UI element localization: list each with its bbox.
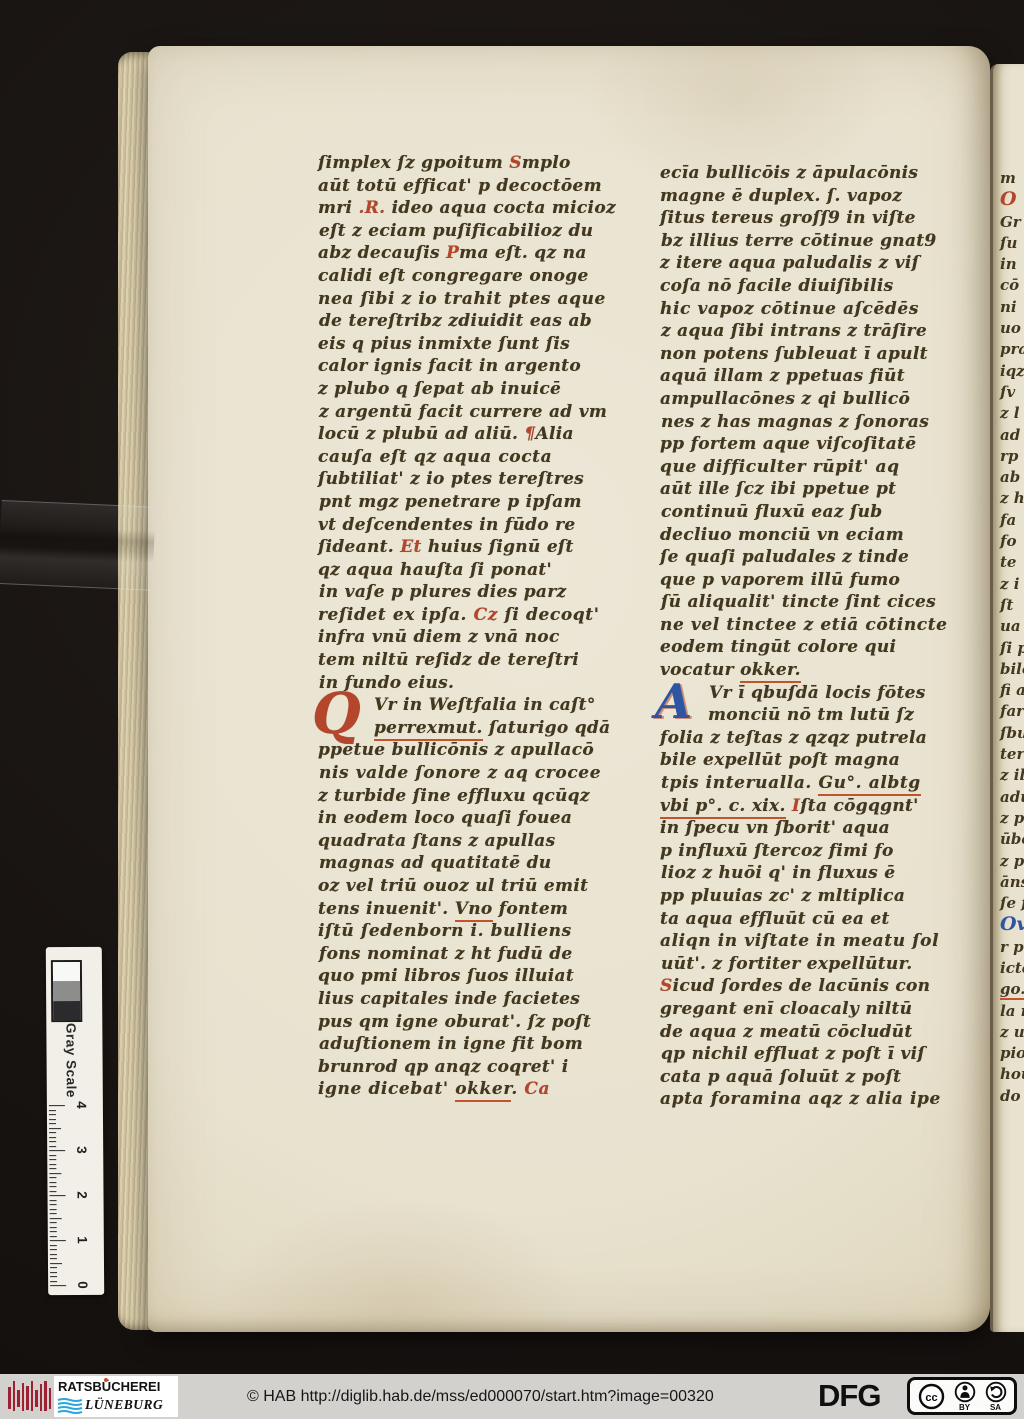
- manuscript-line: bz illius terre cōtinue gnat9: [661, 230, 986, 253]
- edge-fragment: ni: [1000, 297, 1024, 318]
- manuscript-line: qp nichil effluat z poſt ī viſ: [661, 1043, 986, 1066]
- manuscript-line: gregant enī cloacaly niltū: [660, 998, 985, 1021]
- manuscript-line: vt deſcendentes in fūdo re: [318, 514, 648, 537]
- edge-fragment: bilo: [1000, 659, 1024, 680]
- swatch-gray: [53, 981, 80, 1001]
- svg-text:cc: cc: [925, 1392, 937, 1404]
- edge-fragment: ſi pa: [1000, 638, 1024, 659]
- digitized-manuscript-photo: ſimplex ſz gpoitum Smploaūt totū efficat…: [0, 0, 1024, 1419]
- manuscript-line: ecīa bullicōis z āpulacōnis: [660, 162, 985, 185]
- manuscript-line: calor ignis facit in argento: [318, 355, 648, 378]
- manuscript-line: vbi p°. c. xix. Iſta cōgqgnt': [660, 795, 985, 818]
- manuscript-line: uūt'. z fortiter expellūtur.: [661, 953, 986, 976]
- manuscript-line: monciū nō tm lutū ſz: [660, 704, 985, 727]
- ruler-tick: [50, 1285, 66, 1287]
- edge-fragment: pious: [1000, 1043, 1024, 1064]
- manuscript-line: cauſa eſt qz aqua cocta: [318, 446, 648, 469]
- edge-fragment: z i: [1000, 574, 1024, 595]
- gray-scale-swatches: [51, 960, 82, 1022]
- ruler-number: 0: [72, 1276, 90, 1294]
- library-bars-icon: [8, 1380, 52, 1413]
- edge-fragment: la nō: [1000, 1001, 1024, 1022]
- ruler-tick: [50, 1254, 57, 1255]
- manuscript-line: mri .R. ideo aqua cocta micioz: [318, 197, 648, 220]
- manuscript-line: abz decauſis Pma eſt. qz na: [318, 242, 648, 265]
- footer-bar: RATSBÜCHEREI LÜNEBURG © HAB http://digli…: [0, 1374, 1024, 1419]
- image-credit-url: © HAB http://diglib.hab.de/mss/ed000070/…: [247, 1374, 714, 1419]
- manuscript-line: tens inuenit'. Vno fontem: [318, 898, 648, 921]
- manuscript-line: non potens ſubleuat ī apult: [660, 343, 985, 366]
- manuscript-line: bile expellūt poſt magna: [660, 749, 985, 772]
- manuscript-line: nes z has magnas z ſonoras: [661, 411, 986, 434]
- ruler-tick: [50, 1204, 57, 1205]
- manuscript-line: aūt totū efficat' p decoctōem: [318, 175, 648, 198]
- manuscript-line: in fundo eius.: [319, 672, 649, 695]
- edge-fragment: icte p: [1000, 958, 1024, 979]
- manuscript-line: qz aqua hauſta ſi ponat': [318, 559, 648, 582]
- edge-fragment: farit: [1000, 701, 1024, 722]
- cc-sa-icon: SA: [985, 1381, 1007, 1412]
- manuscript-line: coſa nō facile diuiſibilis: [660, 275, 985, 298]
- library-city: LÜNEBURG: [85, 1397, 163, 1413]
- manuscript-line: calidi eſt congregare onoge: [318, 265, 648, 288]
- manuscript-line: in ſpecu vn ſborit' aqua: [660, 817, 985, 840]
- manuscript-line: aliqn in viſtate in meatu ſol: [660, 930, 985, 953]
- text-column-left: ſimplex ſz gpoitum Smploaūt totū efficat…: [318, 152, 648, 1101]
- manuscript-line: lioz z huōi q' in fluxus ē: [661, 862, 986, 885]
- ruler-tick: [50, 1272, 57, 1273]
- dfg-logo: DFG: [818, 1378, 880, 1414]
- manuscript-line: tpis interualla. Gu°. albtg: [661, 772, 986, 795]
- manuscript-line: apta foramina aqz z alia ipe: [660, 1088, 985, 1111]
- manuscript-line: quadrata ſtans z apullas: [318, 830, 648, 853]
- manuscript-line: ſideant. Et huius ſignū eſt: [318, 536, 648, 559]
- edge-fragment: pra: [1000, 339, 1024, 360]
- ruler-tick: [49, 1110, 56, 1111]
- manuscript-line: in eodem loco quaſi fouea: [318, 807, 648, 830]
- manuscript-line: reſidet ex ipſa. Cz ſi decoqt': [318, 604, 648, 627]
- ruler-tick: [50, 1200, 57, 1201]
- ruler-tick: [49, 1128, 61, 1129]
- ruler-tick: [50, 1258, 57, 1259]
- manuscript-line: ſū aliqualit' tincte ſint cices: [661, 591, 986, 614]
- cc-by-icon: BY: [954, 1381, 976, 1412]
- edge-fragment: go. de: [1000, 979, 1024, 1000]
- edge-fragment: z l: [1000, 403, 1024, 424]
- manuscript-line: cata p aquā ſoluūt z poſt: [660, 1066, 985, 1089]
- manuscript-line: igne dicebat' okker. Ca: [318, 1078, 648, 1101]
- manuscript-line: que difficulter rūpit' aq: [660, 456, 985, 479]
- next-page-text-fragments: mOGrſuincōniuopraiqzſvz ladrpabz hfafote…: [1000, 168, 1024, 1107]
- ruler-tick: [49, 1146, 56, 1147]
- ruler-number: 4: [71, 1096, 89, 1114]
- ruler-tick: [50, 1218, 62, 1219]
- manuscript-line: ſimplex ſz gpoitum Smplo: [318, 152, 648, 175]
- edge-fragment: z pōn: [1000, 808, 1024, 829]
- edge-fragment: z pōn: [1000, 851, 1024, 872]
- manuscript-line: nis valde ſonore z aq crocee: [319, 762, 649, 785]
- ruler-tick: [49, 1150, 65, 1152]
- manuscript-line: ne vel tinctee z etiā cōtincte: [660, 614, 985, 637]
- library-name: RATSBÜCHEREI: [58, 1379, 160, 1394]
- manuscript-line: p influxū ſtercoz fimi fo: [660, 840, 985, 863]
- manuscript-line: magnas ad quatitatē du: [319, 852, 649, 875]
- manuscript-line: aūt ille ſcz ibi ppetue pt: [660, 478, 985, 501]
- manuscript-line: locū z plubū ad aliū. ¶Alia: [318, 423, 648, 446]
- manuscript-line: oz vel triū ouoz ul triū emit: [318, 875, 648, 898]
- manuscript-line: eſt z eciam puſificabilioz du: [319, 220, 649, 243]
- manuscript-line: z itere aqua paludalis z viſ: [660, 252, 985, 275]
- edge-fragment: in: [1000, 254, 1024, 275]
- manuscript-line: QVr in Weſtfalia in caſt°: [318, 694, 648, 717]
- ruler-tick: [49, 1173, 61, 1174]
- manuscript-line: de aqua z meatū cōcludūt: [660, 1021, 985, 1044]
- edge-fragment: āns ā: [1000, 872, 1024, 893]
- edge-fragment: ab: [1000, 467, 1024, 488]
- edge-fragment: terre: [1000, 744, 1024, 765]
- manuscript-line: decliuo monciū vn eciam: [660, 524, 985, 547]
- manuscript-line: aquā illam z ppetuas fiūt: [660, 365, 985, 388]
- edge-fragment: z illa: [1000, 765, 1024, 786]
- manuscript-line: z argentū facit currere ad vm: [319, 401, 649, 424]
- ruler-tick: [49, 1132, 56, 1133]
- ruler-tick: [49, 1164, 56, 1165]
- ruler-tick: [49, 1114, 56, 1115]
- edge-fragment: ua: [1000, 616, 1024, 637]
- ruler-tick: [50, 1195, 66, 1197]
- red-umlaut-dot: [104, 1378, 108, 1382]
- ruler-tick: [49, 1177, 56, 1178]
- manuscript-line: eodem tingūt colore qui: [660, 636, 985, 659]
- ruler-tick: [50, 1227, 57, 1228]
- edge-fragment: z h: [1000, 488, 1024, 509]
- edge-fragment: te: [1000, 552, 1024, 573]
- manuscript-line: ſubtiliat' z io ptes tereſtres: [318, 468, 648, 491]
- cc-sa-label: SA: [990, 1404, 1001, 1412]
- edge-fragment: r pūb: [1000, 937, 1024, 958]
- swatch-black: [53, 1001, 80, 1021]
- ruler-tick: [49, 1168, 56, 1169]
- ruler-tick: [50, 1249, 57, 1250]
- manuscript-line: pnt mgz penetrare p ipſam: [319, 491, 649, 514]
- gray-scale-ruler: Gray Scale 43210: [46, 947, 104, 1295]
- edge-fragment: O: [1000, 189, 1024, 211]
- edge-fragment: ad: [1000, 425, 1024, 446]
- ruler-tick: [50, 1276, 57, 1277]
- edge-fragment: fa: [1000, 510, 1024, 531]
- manuscript-line: nea ſibi z io trahit ptes aque: [318, 288, 648, 311]
- ruler-tick: [49, 1159, 56, 1160]
- manuscript-line: fons nominat z ht fudū de: [319, 943, 649, 966]
- manuscript-line: perrexmut. ſaturigo qdā: [318, 717, 648, 740]
- edge-fragment: z uāl: [1000, 1022, 1024, 1043]
- manuscript-line: z aqua ſibi intrans z trāſire: [661, 320, 986, 343]
- manuscript-line: pp fortem aque viſcoſitatē: [660, 433, 985, 456]
- manuscript-line: brunrod qp anqz coqret' i: [318, 1056, 648, 1079]
- manuscript-line: aduſtionem in igne fit bom: [319, 1033, 649, 1056]
- ruler-tick: [49, 1155, 56, 1156]
- manuscript-line: ſitus tereus groſſ9 in viſte: [660, 207, 985, 230]
- ruler-tick: [50, 1281, 57, 1282]
- manuscript-line: magne ē duplex. ſ. vapoz: [660, 185, 985, 208]
- manuscript-line: ſe quaſi paludales z tinde: [660, 546, 985, 569]
- ruler-tick: [50, 1263, 62, 1264]
- manuscript-line: lius capitales inde facietes: [318, 988, 648, 1011]
- edge-fragment: Gr: [1000, 212, 1024, 233]
- edge-fragment: ſu: [1000, 233, 1024, 254]
- ruler-tick: [50, 1245, 57, 1246]
- ruler-number: 1: [72, 1231, 90, 1249]
- manuscript-line: quo pmi libros ſuos illuiat: [318, 965, 648, 988]
- manuscript-line: ampullacōnes z qi bullicō: [660, 388, 985, 411]
- text-column-right: ecīa bullicōis z āpulacōnismagne ē duple…: [660, 162, 985, 1111]
- ruler-tick: [50, 1236, 57, 1237]
- manuscript-page: ſimplex ſz gpoitum Smploaūt totū efficat…: [148, 46, 990, 1332]
- edge-fragment: aduc: [1000, 787, 1024, 808]
- library-logo: RATSBÜCHEREI LÜNEBURG: [54, 1376, 178, 1417]
- manuscript-line: ta aqua effluūt cū ea et: [660, 908, 985, 931]
- ruler-tick: [49, 1105, 65, 1107]
- edge-fragment: fo: [1000, 531, 1024, 552]
- ruler-tick: [49, 1186, 56, 1187]
- manuscript-line: hic vapoz cōtinue aſcēdēs: [660, 298, 985, 321]
- edge-fragment: iqz: [1000, 361, 1024, 382]
- manuscript-line: que p vaporem illū fumo: [660, 569, 985, 592]
- ruler-tick: [49, 1119, 56, 1120]
- ruler-tick: [50, 1267, 57, 1268]
- cc-license-badge: cc BY SA: [907, 1377, 1017, 1415]
- edge-fragment: rp: [1000, 446, 1024, 467]
- ruler-tick: [50, 1209, 57, 1210]
- ruler-tick: [49, 1182, 56, 1183]
- edge-fragment: cō: [1000, 275, 1024, 296]
- edge-fragment: ſt: [1000, 595, 1024, 616]
- next-page-edge: mOGrſuincōniuopraiqzſvz ladrpabz hfafote…: [990, 64, 1024, 1332]
- manuscript-line: AVr ī qbuſdā locis fōtes: [661, 682, 986, 705]
- swatch-white: [53, 962, 80, 982]
- cc-by-label: BY: [959, 1404, 970, 1412]
- edge-fragment: m: [1000, 168, 1024, 189]
- manuscript-line: ppetue bullicōnis z apullacō: [318, 739, 648, 762]
- cc-icon: cc: [918, 1383, 945, 1410]
- ruler-tick: [50, 1240, 66, 1242]
- edge-fragment: fi al: [1000, 680, 1024, 701]
- edge-fragment: houd: [1000, 1064, 1024, 1085]
- ruler-tick: [49, 1141, 56, 1142]
- edge-fragment: ſe fatu: [1000, 893, 1024, 914]
- ruler-tick: [49, 1137, 56, 1138]
- manuscript-line: iſtū ſedenborn i. bulliens: [318, 920, 648, 943]
- manuscript-line: in vaſe p plures dies parz: [319, 581, 649, 604]
- manuscript-line: infra vnū diem z vnā noc: [318, 626, 648, 649]
- manuscript-line: pus qm igne oburat'. ſz poſt: [318, 1011, 648, 1034]
- ruler-number: 3: [71, 1141, 89, 1159]
- ruler-tick: [49, 1123, 56, 1124]
- manuscript-line: Sicud ſordes de lacūnis con: [660, 975, 985, 998]
- edge-fragment: ſbut: [1000, 723, 1024, 744]
- manuscript-line: z plubo q ſepat ab inuicē: [318, 378, 648, 401]
- manuscript-line: pp pluuias zc' z mltiplica: [660, 885, 985, 908]
- manuscript-line: z turbide ſine effluxu qcūqz: [318, 785, 648, 808]
- edge-fragment: do w: [1000, 1086, 1024, 1107]
- ruler-tick: [50, 1222, 57, 1223]
- edge-fragment: ſv: [1000, 382, 1024, 403]
- manuscript-line: continuū fluxū eaz ſub: [661, 501, 986, 524]
- edge-fragment: uo: [1000, 318, 1024, 339]
- manuscript-line: eis q pius inmixte ſunt ſis: [318, 333, 648, 356]
- ruler-tick: [50, 1231, 57, 1232]
- manuscript-line: folia z teſtas z qzqz putrela: [660, 727, 985, 750]
- edge-fragment: ūbem: [1000, 829, 1024, 850]
- ruler-number: 2: [71, 1186, 89, 1204]
- manuscript-line: vocatur okker.: [660, 659, 985, 682]
- manuscript-line: tem niltū reſidz de tereſtri: [318, 649, 648, 672]
- open-book-waves-icon: [57, 1398, 83, 1414]
- ruler-tick: [49, 1191, 56, 1192]
- ruler-tick: [50, 1213, 57, 1214]
- manuscript-line: de tereſtribz zdiuidit eas ab: [319, 310, 649, 333]
- edge-fragment: Ov: [1000, 914, 1024, 936]
